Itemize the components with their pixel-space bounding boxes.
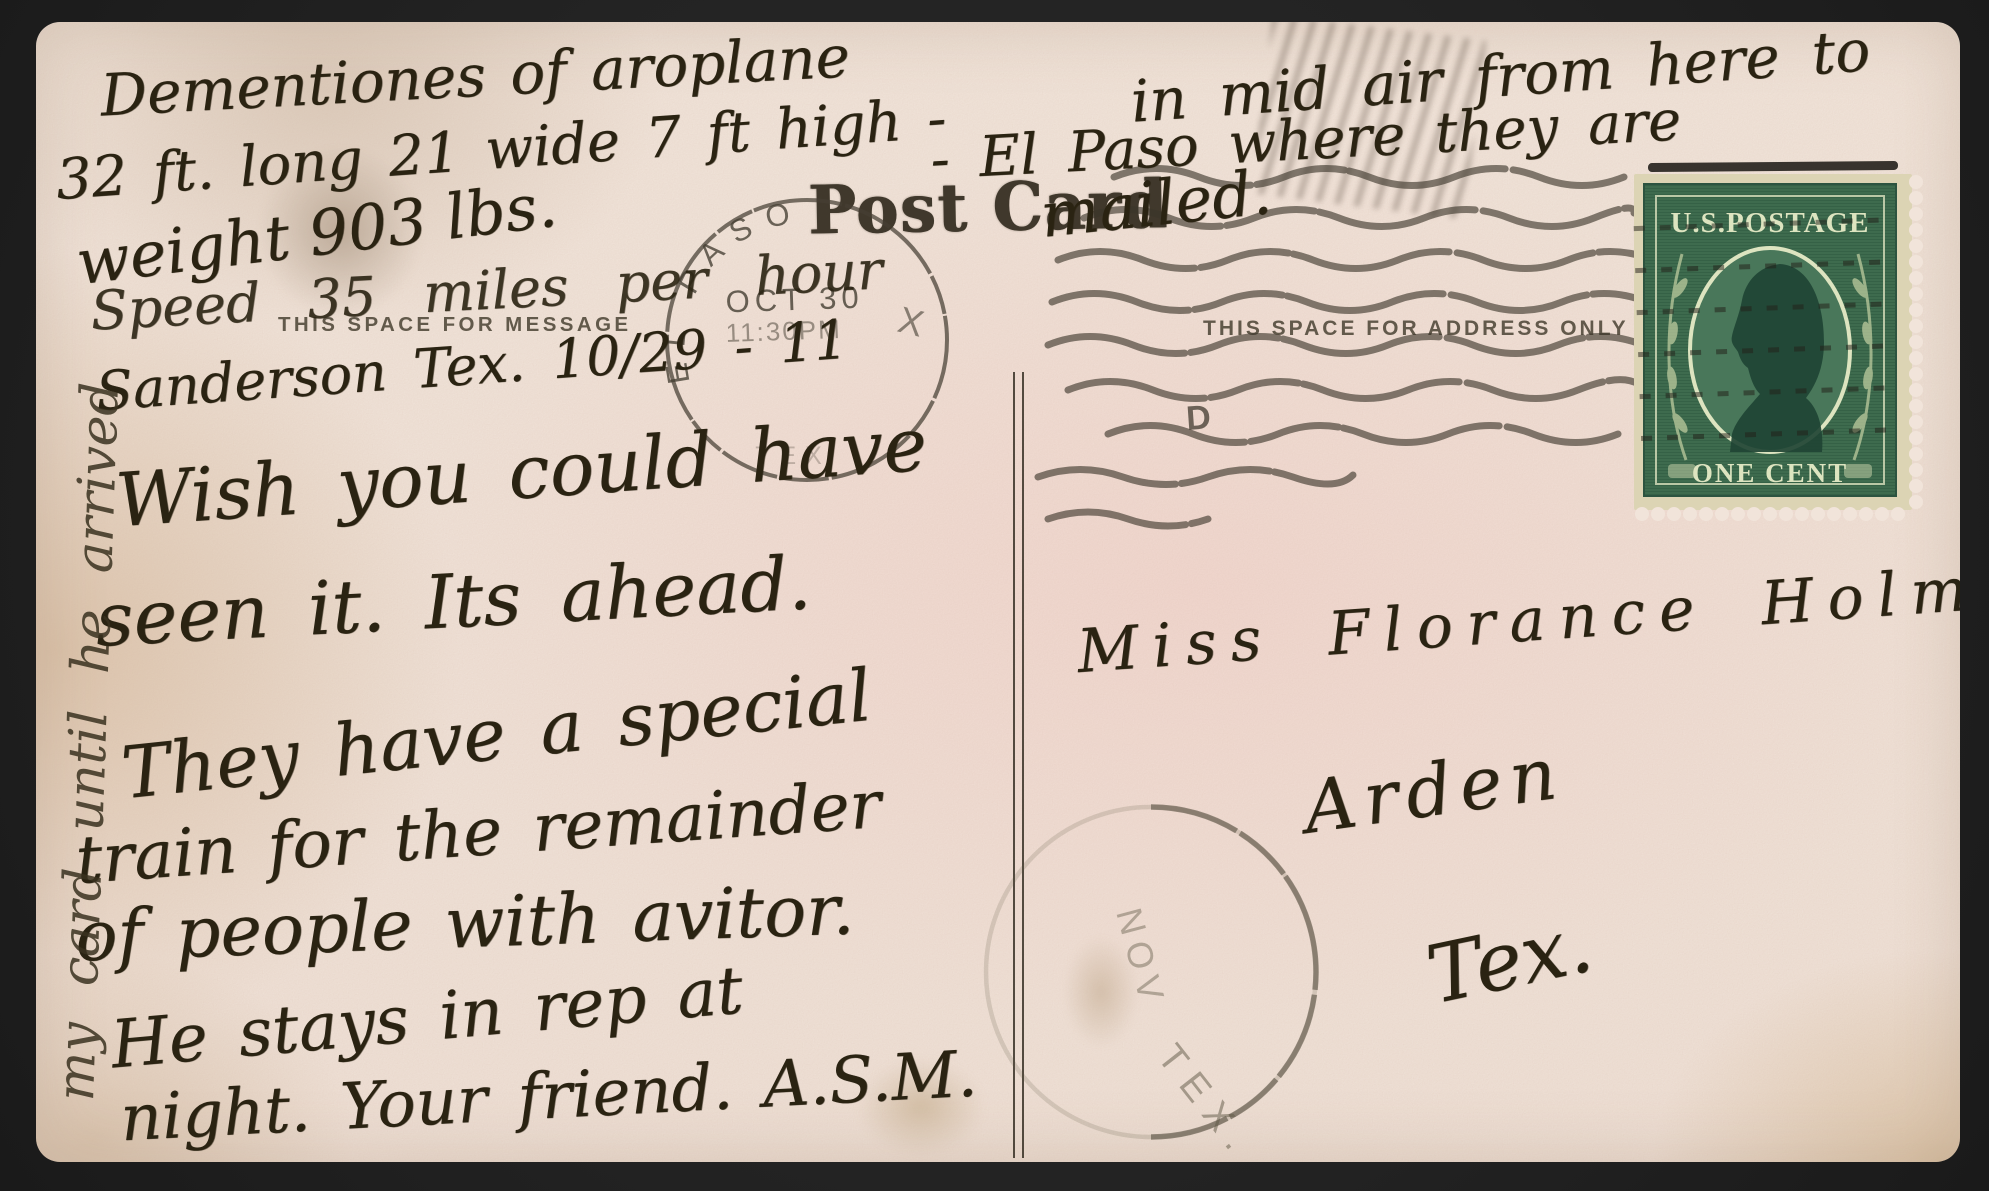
postcard: Post Card THIS SPACE FOR MESSAGE THIS SP… xyxy=(36,22,1960,1162)
stamp-value-label: ONE CENT xyxy=(1692,458,1848,488)
franklin-one-cent-stamp: U.S.POSTAGE xyxy=(1630,168,1930,524)
receiving-postmark: NOV TEX. xyxy=(986,807,1316,1162)
stain-under-address xyxy=(1051,917,1151,1067)
wavy-line xyxy=(1058,252,1653,269)
wavy-line xyxy=(1048,512,1208,526)
wavy-line xyxy=(1068,380,1638,399)
receiving-postmark-arc xyxy=(1151,807,1316,1137)
receiving-month: NOV xyxy=(1108,903,1174,1012)
postmark-cross-mark: X xyxy=(894,299,928,345)
address-space-label: THIS SPACE FOR ADDRESS ONLY xyxy=(1203,317,1629,341)
address-recipient: Miss Florance Holman xyxy=(1075,547,1960,687)
wavy-line xyxy=(1108,426,1618,443)
receiving-postmark-circle xyxy=(986,807,1316,1137)
address-state: Tex. xyxy=(1419,897,1600,1022)
wavy-line xyxy=(1038,470,1353,485)
wavy-line xyxy=(1052,294,1647,311)
station-letter-d: D xyxy=(1185,398,1212,438)
message-line-seen-it: seen it. Its ahead. xyxy=(93,540,813,663)
center-divider xyxy=(1013,372,1024,1158)
edge-note: my card until he arrived xyxy=(46,381,131,1102)
receiving-state: TEX. xyxy=(1149,1037,1264,1162)
photo-background: Post Card THIS SPACE FOR MESSAGE THIS SP… xyxy=(0,0,1989,1191)
address-city: Arden xyxy=(1298,730,1569,850)
message-line-wish: Wish you could have xyxy=(113,402,930,544)
